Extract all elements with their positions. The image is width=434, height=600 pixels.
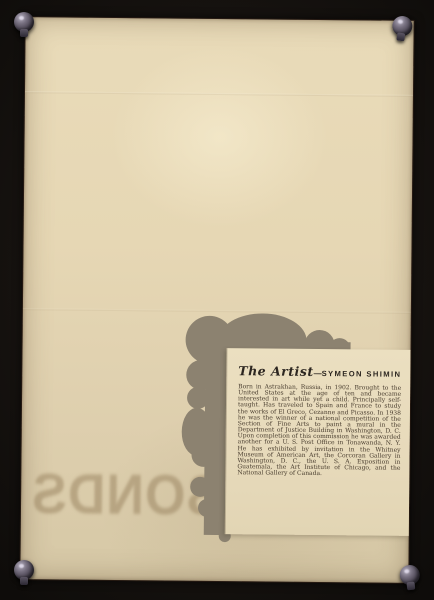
thumbtack-icon-bottom-right — [399, 564, 422, 591]
thumbtack-glint — [19, 16, 24, 20]
poster-sheet-verso: BONDS WAR — [20, 17, 413, 583]
thumbtack-stem — [396, 32, 405, 41]
artist-name: SYMEON SHIMIN — [322, 369, 402, 379]
artist-bio-panel: The Artist—SYMEON SHIMIN Born in Astrakh… — [225, 348, 411, 536]
photo-backdrop: BONDS WAR — [0, 0, 434, 600]
thumbtack-glint — [19, 564, 24, 568]
panel-heading: The Artist—SYMEON SHIMIN — [238, 360, 400, 381]
thumbtack-icon-top-right — [390, 15, 413, 43]
thumbtack-icon-bottom-left — [14, 560, 34, 585]
artist-bio-text: Born in Astrakhan, Russia, in 1902. Brou… — [237, 384, 401, 478]
thumbtack-icon-top-left — [14, 12, 34, 37]
thumbtack-stem — [406, 582, 415, 591]
thumbtack-stem — [20, 29, 28, 37]
heading-script-the-artist: The Artist — [238, 363, 313, 379]
thumbtack-stem — [20, 577, 28, 585]
